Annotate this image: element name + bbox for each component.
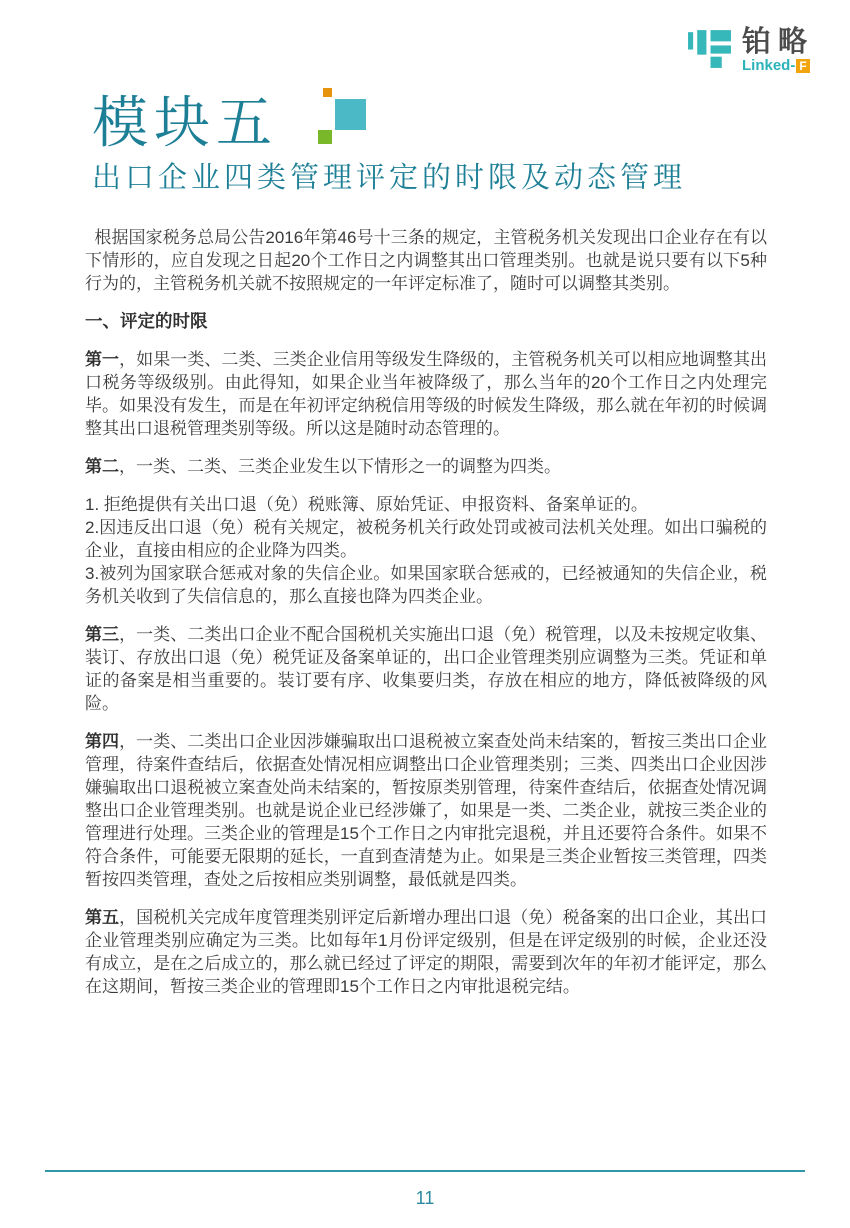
paragraph-first: 第一，如果一类、二类、三类企业信用等级发生降级的，主管税务机关可以相应地调整其出… <box>85 348 767 440</box>
paragraph-fourth-lead: 第四 <box>85 732 119 751</box>
paragraph-fifth: 第五，国税机关完成年度管理类别评定后新增办理出口退（免）税备案的出口企业，其出口… <box>85 906 767 998</box>
deco-square-green <box>318 130 332 144</box>
paragraph-fourth: 第四，一类、二类出口企业因涉嫌骗取出口退税被立案查处尚未结案的，暂按三类出口企业… <box>85 730 767 891</box>
document-body: 根据国家税务总局公告2016年第46号十三条的规定，主管税务机关发现出口企业存在… <box>85 226 767 1013</box>
brand-name-cn: 铂略 <box>742 25 814 57</box>
module-title: 模块五 <box>92 92 278 156</box>
brand-logo: 铂略 Linked-F <box>687 25 814 74</box>
paragraph-third-text: ，一类、二类出口企业不配合国税机关实施出口退（免）税管理，以及未按规定收集、装订… <box>85 625 767 713</box>
intro-paragraph: 根据国家税务总局公告2016年第46号十三条的规定，主管税务机关发现出口企业存在… <box>85 226 767 295</box>
deco-square-orange <box>323 88 332 97</box>
paragraph-fifth-lead: 第五 <box>85 908 119 927</box>
deco-square-teal <box>335 99 366 130</box>
page-number: 11 <box>0 1188 850 1209</box>
document-page: 铂略 Linked-F 模块五 出口企业四类管理评定的时限及动态管理 根据国家税… <box>0 0 850 1228</box>
paragraph-first-lead: 第一 <box>85 350 119 369</box>
paragraph-first-text: ，如果一类、二类、三类企业信用等级发生降级的，主管税务机关可以相应地调整其出口税… <box>85 350 767 438</box>
brand-text: 铂略 Linked-F <box>742 25 814 74</box>
footer-divider <box>45 1170 805 1172</box>
list-item: 1. 拒绝提供有关出口退（免）税账簿、原始凭证、申报资料、备案单证的。 <box>85 493 767 516</box>
section-heading: 一、评定的时限 <box>85 310 767 333</box>
page-subtitle: 出口企业四类管理评定的时限及动态管理 <box>92 158 686 196</box>
list-item: 3.被列为国家联合惩戒对象的失信企业。如果国家联合惩戒的，已经被通知的失信企业，… <box>85 562 767 608</box>
paragraph-second: 第二，一类、二类、三类企业发生以下情形之一的调整为四类。 <box>85 455 767 478</box>
linked-f-logo-icon <box>687 25 733 71</box>
brand-name-en: Linked-F <box>742 57 810 74</box>
brand-f-badge: F <box>796 59 809 73</box>
paragraph-third: 第三，一类、二类出口企业不配合国税机关实施出口退（免）税管理，以及未按规定收集、… <box>85 623 767 715</box>
paragraph-second-text: ，一类、二类、三类企业发生以下情形之一的调整为四类。 <box>119 457 561 476</box>
paragraph-fourth-text: ，一类、二类出口企业因涉嫌骗取出口退税被立案查处尚未结案的，暂按三类出口企业管理… <box>85 732 767 889</box>
numbered-list: 1. 拒绝提供有关出口退（免）税账簿、原始凭证、申报资料、备案单证的。 2.因违… <box>85 493 767 608</box>
list-item: 2.因违反出口退（免）税有关规定，被税务机关行政处罚或被司法机关处理。如出口骗税… <box>85 516 767 562</box>
paragraph-fifth-text: ，国税机关完成年度管理类别评定后新增办理出口退（免）税备案的出口企业，其出口企业… <box>85 908 767 996</box>
paragraph-third-lead: 第三 <box>85 625 119 644</box>
paragraph-second-lead: 第二 <box>85 457 119 476</box>
brand-name-en-text: Linked- <box>742 57 795 74</box>
